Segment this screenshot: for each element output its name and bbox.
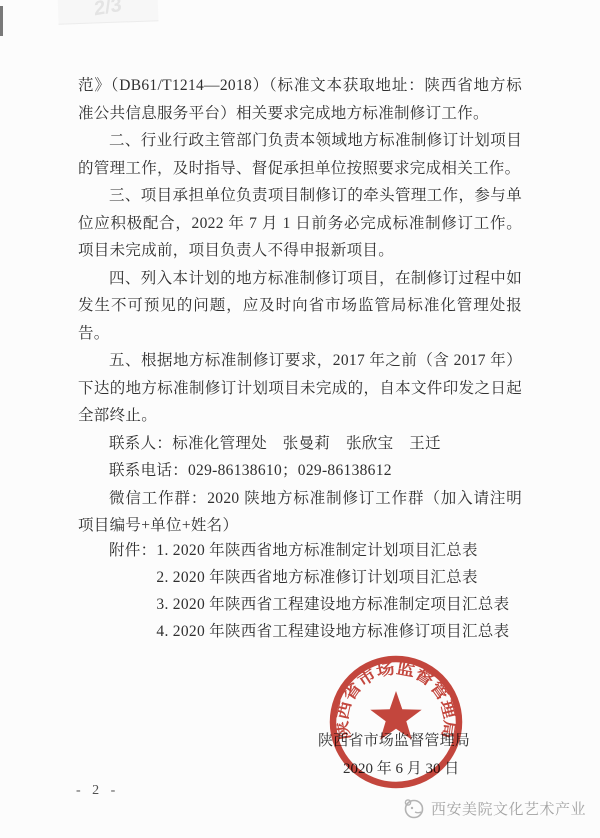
- document-body: 范》（DB61/T1214—2018）（标准文本获取地址：陕西省地方标准公共信息…: [78, 72, 522, 540]
- watermark-logo-icon: [402, 796, 426, 820]
- paragraph: 四、列入本计划的地方标准制修订项目，在制修订过程中如发生不可预见的问题，应及时向…: [78, 265, 522, 348]
- attachments-section: 附件： 1. 2020 年陕西省地方标准制定计划项目汇总表 2. 2020 年陕…: [109, 537, 509, 645]
- official-seal: 陕西省市场监督管理局: [326, 652, 466, 792]
- watermark-text: 西安美院文化艺术产业: [431, 798, 586, 819]
- star-icon: [370, 691, 421, 740]
- paragraph: 三、项目承担单位负责项目制修订的牵头管理工作，参与单位应积极配合，2022 年 …: [78, 182, 522, 265]
- attachments-list: 1. 2020 年陕西省地方标准制定计划项目汇总表 2. 2020 年陕西省地方…: [156, 537, 509, 645]
- scan-artifact: [0, 6, 3, 36]
- attachment-item: 3. 2020 年陕西省工程建设地方标准制定项目汇总表: [156, 591, 509, 618]
- contact-phone-line: 联系电话：029-86138610；029-86138612: [78, 457, 522, 485]
- contact-person-line: 联系人：标准化管理处 张曼莉 张欣宝 王迁: [78, 430, 522, 458]
- attachment-item: 1. 2020 年陕西省地方标准制定计划项目汇总表: [156, 537, 509, 564]
- document-page: 2/3 范》（DB61/T1214—2018）（标准文本获取地址：陕西省地方标准…: [0, 0, 600, 838]
- page-indicator-badge: 2/3: [57, 0, 158, 25]
- attachment-item: 4. 2020 年陕西省工程建设地方标准修订项目汇总表: [156, 618, 509, 645]
- attachment-item: 2. 2020 年陕西省地方标准修订计划项目汇总表: [156, 564, 509, 591]
- paragraph: 二、行业行政主管部门负责本领域地方标准制修订计划项目的管理工作，及时指导、督促承…: [78, 127, 522, 182]
- watermark: 西安美院文化艺术产业: [402, 796, 586, 820]
- attachments-label: 附件：: [109, 537, 156, 564]
- page-indicator-label: 2/3: [94, 0, 122, 21]
- paragraph: 范》（DB61/T1214—2018）（标准文本获取地址：陕西省地方标准公共信息…: [78, 72, 522, 127]
- paragraph: 五、根据地方标准制修订要求，2017 年之前（含 2017 年）下达的地方标准制…: [78, 347, 522, 430]
- page-number: - 2 -: [76, 783, 119, 799]
- wechat-group-line: 微信工作群：2020 陕地方标准制修订工作群（加入请注明项目编号+单位+姓名）: [78, 485, 522, 540]
